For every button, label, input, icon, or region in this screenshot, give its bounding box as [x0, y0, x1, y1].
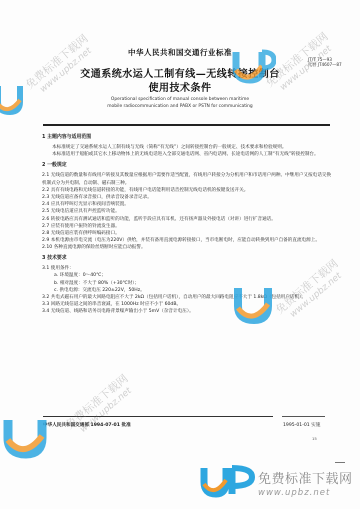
- up-logo-icon: [0, 412, 56, 460]
- up-logo-icon: [0, 82, 34, 116]
- title-en-line2: mobile radiocommunication and PABX or PS…: [0, 104, 360, 111]
- brand-name: 免费标准下载网: [258, 468, 353, 487]
- section-heading: 1 主题内容与适用范围: [42, 134, 332, 141]
- header-divider: [43, 124, 330, 126]
- clause: 2.3 无线信道应备有录音接口，供录音设备录音记录。: [42, 194, 332, 201]
- document-body: 1 主题内容与适用范围 本标准规定了交通系统水运人工制有线与无线（简称“有无线”…: [42, 134, 332, 316]
- paragraph: 本标准适用于船舶或其它水上移动物体上的无线电话进入全部交通电话网、省内电话网、长…: [42, 151, 332, 158]
- clause: 2.2 具有有线电路和无线信道转接的功能，有线用户电话能利用话音控制无线电话机的…: [42, 187, 332, 194]
- section-heading: 2 一般规定: [42, 162, 332, 169]
- brand-watermark: 免费标准下载网 www.upbz.net: [258, 468, 353, 498]
- up-logo-icon: [230, 46, 276, 86]
- clause: 2.4 应具有呼叫灯光显示和夜间音响装置。: [42, 201, 332, 208]
- up-logo-icon: [232, 282, 282, 326]
- document-page: 中华人民共和国交通行业标准 JT/T 75—93 代替 JT4607—87 交通…: [0, 0, 360, 509]
- footer-divider-right: [282, 416, 325, 417]
- clause: 2.7 应装有使用户振铃的铃流发生器。: [42, 223, 332, 230]
- clause: 2.10 各种直流电源的保险丝熔断时应能自动报警。: [42, 244, 332, 251]
- clause: 2.9 本机电源由市电交流（电压为220V）供给，并装有备用直流电源转接接口，当…: [42, 237, 332, 244]
- clause: 3.1 使用条件：: [42, 265, 332, 272]
- page-number: 15: [312, 436, 317, 441]
- section-heading: 3 技术要求: [42, 255, 332, 262]
- clause: 2.6 转接电路应具有测试通话和监听的功能，监听手段应具有耳机、还有扬声器及外接…: [42, 216, 332, 223]
- implementation-date: 1995-01-01 实施: [283, 422, 320, 428]
- document-title-en: Operational specification of manual cons…: [0, 97, 360, 110]
- edge-mark: [335, 462, 345, 463]
- condition-item: b. 相对湿度：不大于 80%（+30℃时）；: [54, 280, 332, 287]
- brand-url: www.upbz.net: [258, 488, 353, 498]
- clause: 2.1 无线信道的数量和有线用户转接及其数量应根据用户需要作适当配置，有线用户转…: [42, 172, 332, 186]
- clause: 2.5 无线电信道应具有声控监听功能。: [42, 208, 332, 215]
- watermark-text: 免费标准下载网www.upbz.net: [62, 371, 138, 440]
- clause: 2.8 无线信道应装有供呼叫编码接口。: [42, 230, 332, 237]
- paragraph: 本标准规定了交通系统水运人工制有线与无线（简称“有无线”）之间转接控制台的一般规…: [42, 144, 332, 151]
- up-logo-icon: [200, 464, 256, 498]
- condition-item: a. 环境温度：0～40℃；: [54, 272, 332, 279]
